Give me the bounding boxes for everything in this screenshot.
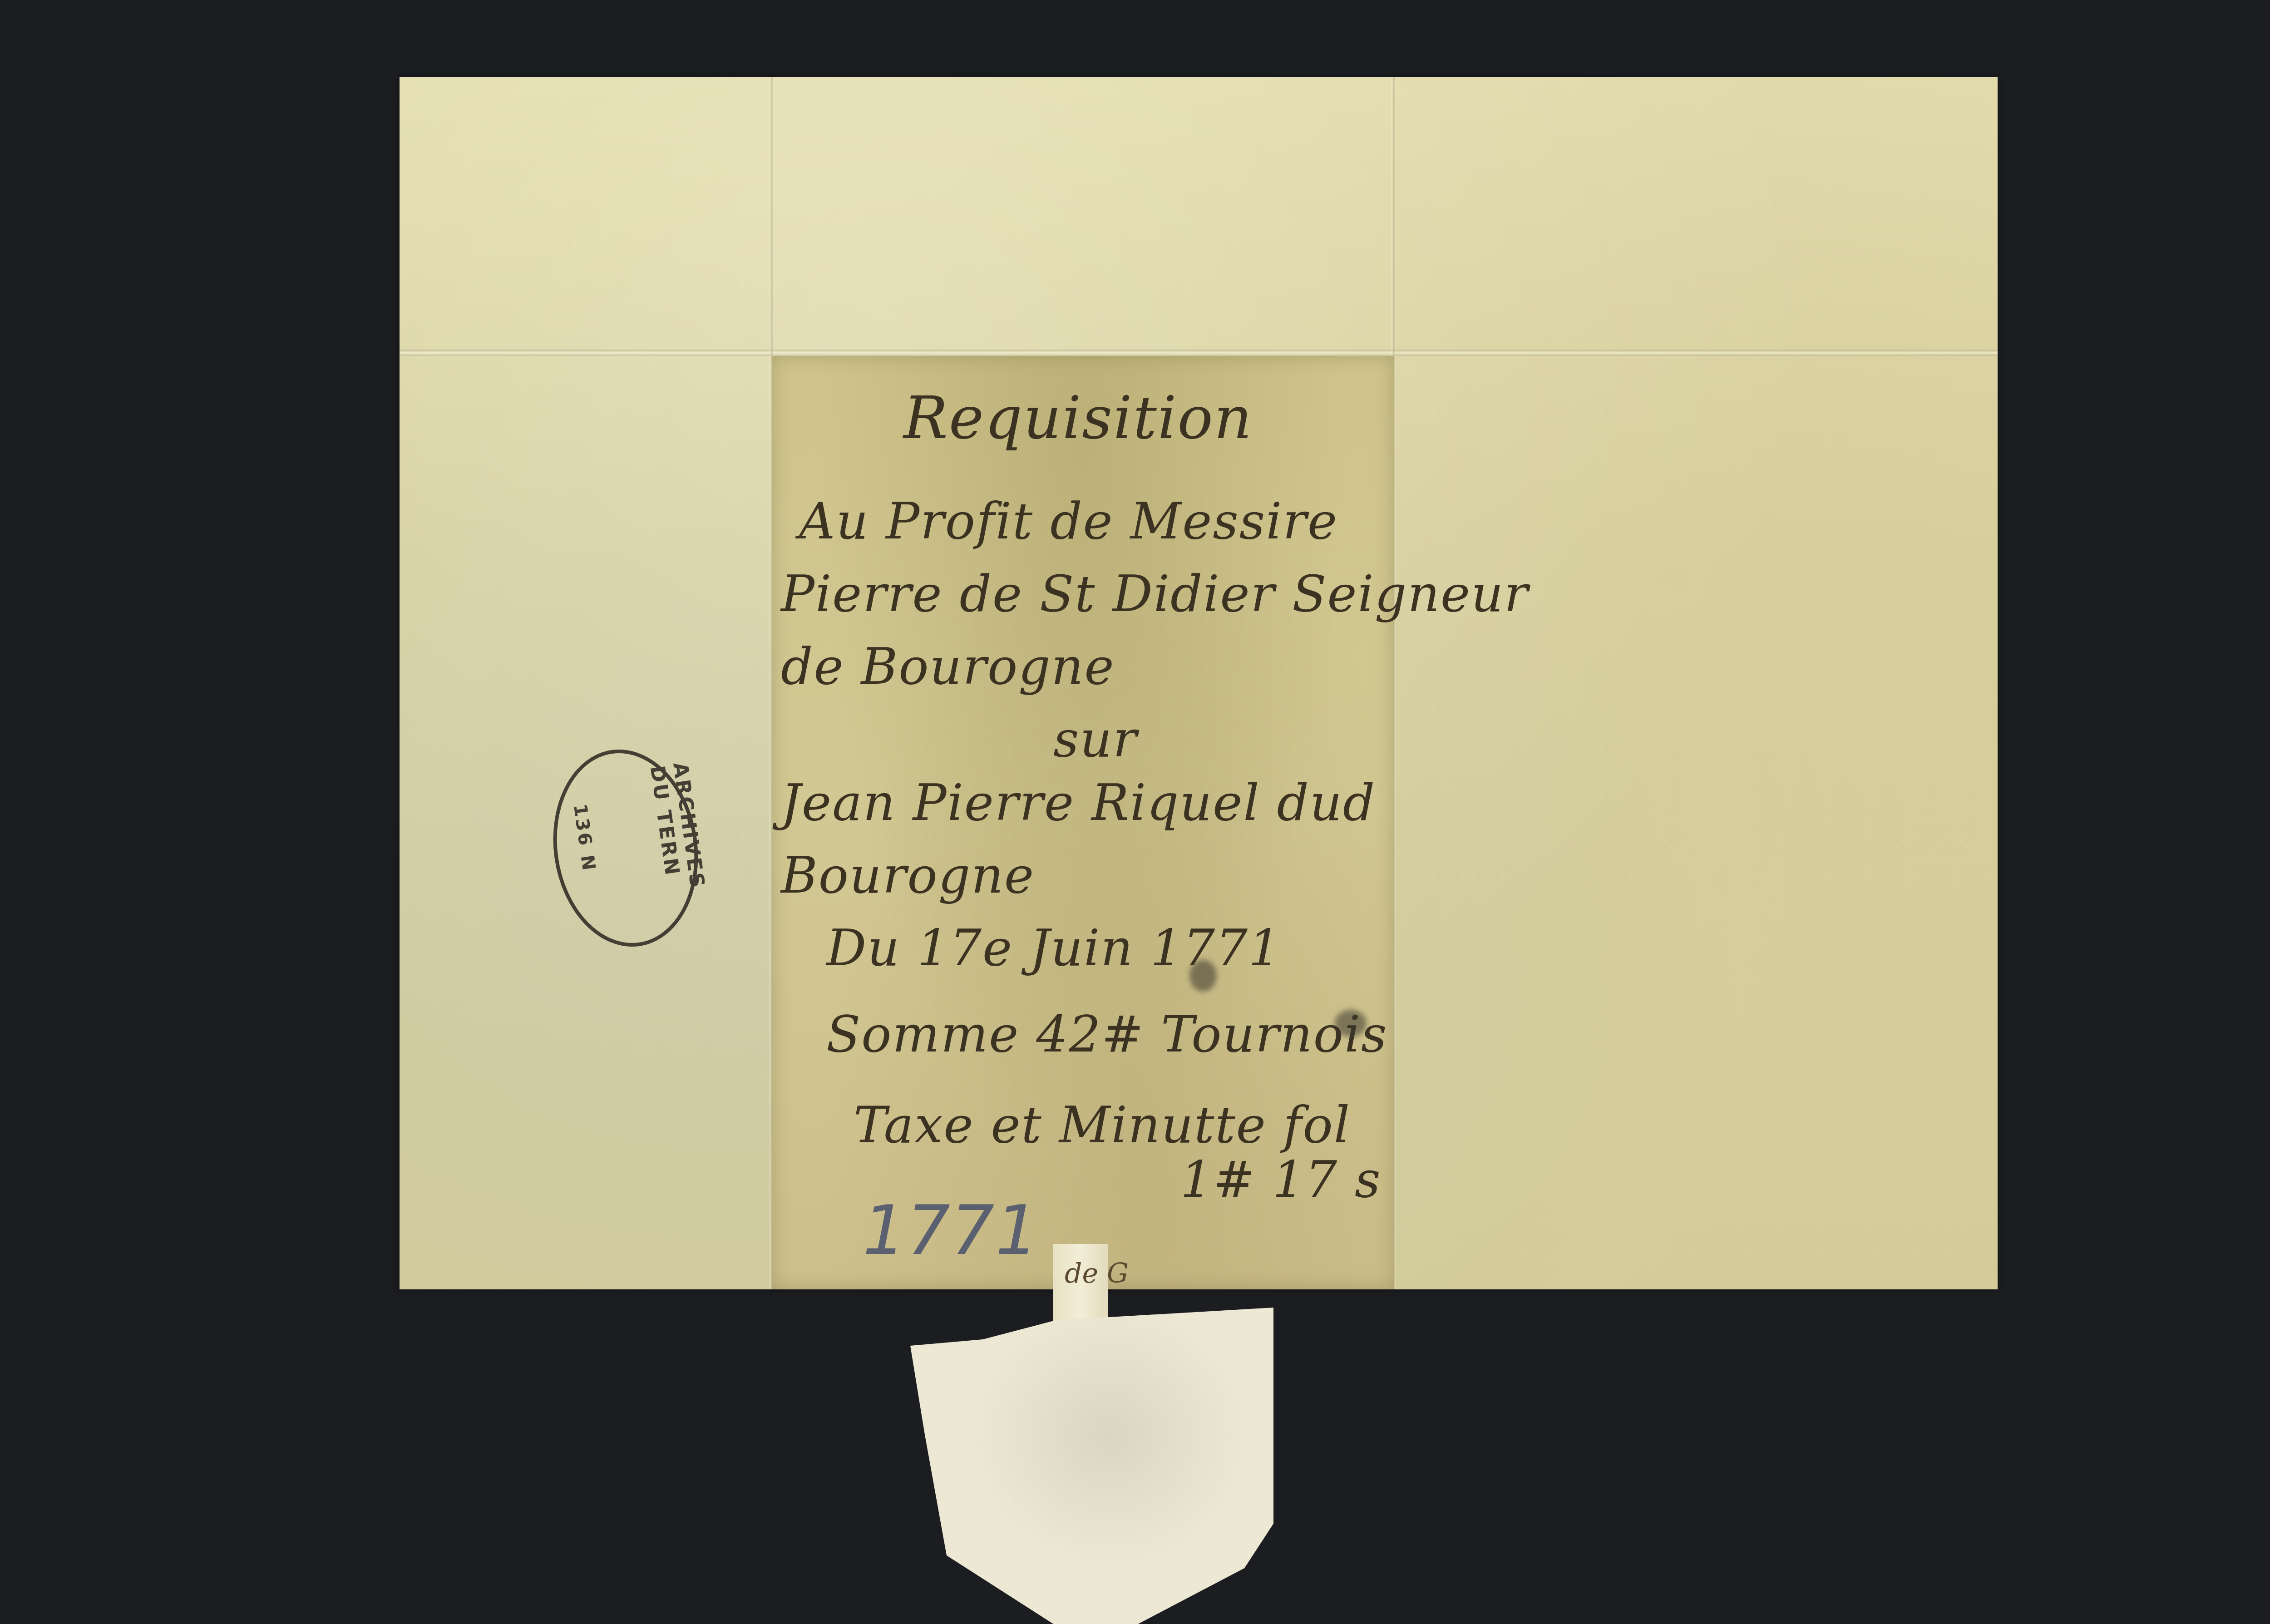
handwritten-line-1: Au Profit de Messire [799,492,1338,550]
tax-amount: 1# 17 s [1180,1150,1382,1209]
parchment-sheet: Requisition Au Profit de Messire Pierre … [400,77,1998,1289]
sum-line: Somme 42# Tournois [826,1005,1388,1063]
handwritten-line-4: sur [1053,710,1138,768]
stamp-number: 136 N [569,803,600,874]
address-panel: Requisition Au Profit de Messire Pierre … [772,356,1394,1289]
pencil-year-note: 1771 [863,1191,1040,1270]
tax-line: Taxe et Minutte fol [854,1096,1351,1154]
stamp-text: ARCHIVES DU TERN [646,761,716,938]
handwritten-line-6: Bourogne [781,846,1035,904]
ink-blot [1189,960,1217,992]
seal-tab [910,1308,1273,1624]
handwritten-line-3: de Bourogne [781,637,1115,696]
seal-strip-label: de G [1065,1258,1129,1289]
document-title: Requisition [903,383,1253,452]
ink-blot [1335,1010,1367,1037]
handwritten-line-2: Pierre de St Didier Seigneur [781,565,1529,623]
archives-stamp: ARCHIVES DU TERN 136 N [541,740,711,956]
handwritten-line-5: Jean Pierre Riquel dud [781,774,1376,832]
horizontal-fold-line [400,350,1998,356]
